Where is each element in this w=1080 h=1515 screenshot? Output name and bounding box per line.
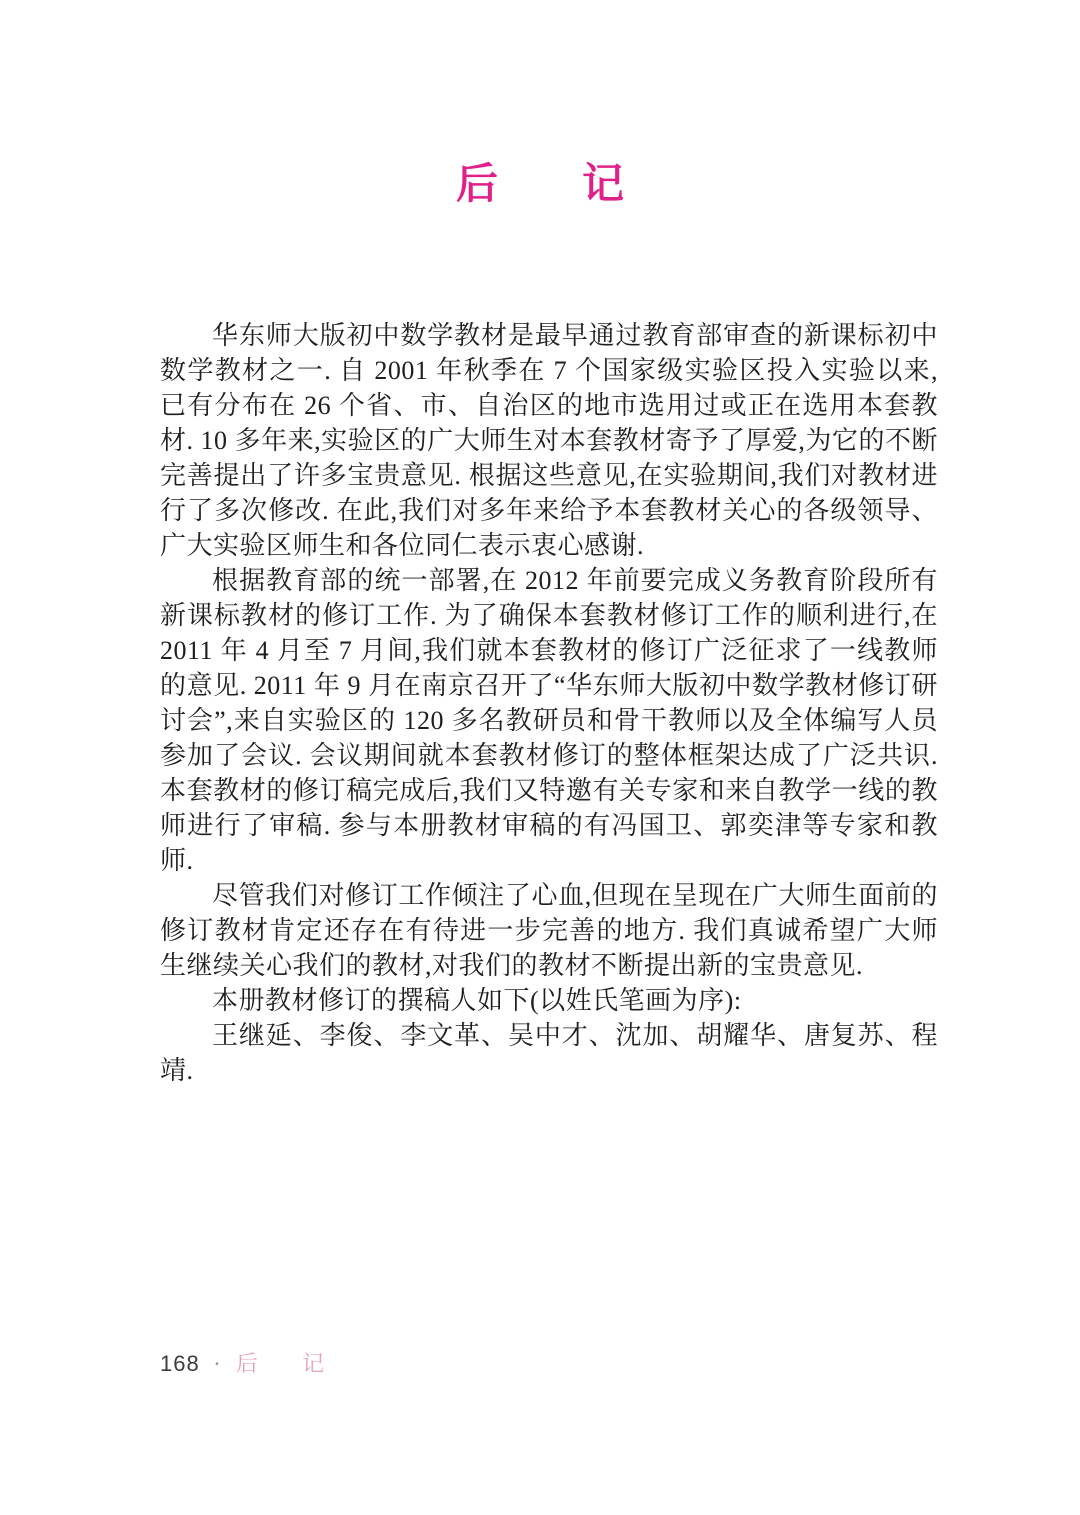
footer-section-title: 后记	[236, 1352, 368, 1377]
paragraph-closing-remarks: 尽管我们对修订工作倾注了心血,但现在呈现在广大师生面前的修订教材肯定还存在有待进…	[160, 878, 938, 983]
paragraph-intro: 华东师大版初中数学教材是最早通过教育部审查的新课标初中数学教材之一. 自 200…	[160, 318, 938, 563]
paragraph-revision-process: 根据教育部的统一部署,在 2012 年前要完成义务教育阶段所有新课标教材的修订工…	[160, 563, 938, 878]
book-page: 后记 华东师大版初中数学教材是最早通过教育部审查的新课标初中数学教材之一. 自 …	[0, 0, 1080, 1515]
page-footer: 168 · 后记	[160, 1350, 368, 1379]
page-title: 后记	[0, 158, 1080, 210]
footer-separator-dot: ·	[213, 1351, 220, 1376]
paragraph-contributor-names: 王继延、李俊、李文革、吴中才、沈加、胡耀华、唐复苏、程靖.	[160, 1018, 938, 1088]
paragraph-contributors-intro: 本册教材修订的撰稿人如下(以姓氏笔画为序):	[160, 983, 938, 1018]
body-text: 华东师大版初中数学教材是最早通过教育部审查的新课标初中数学教材之一. 自 200…	[160, 318, 938, 1088]
page-number: 168	[160, 1351, 200, 1376]
